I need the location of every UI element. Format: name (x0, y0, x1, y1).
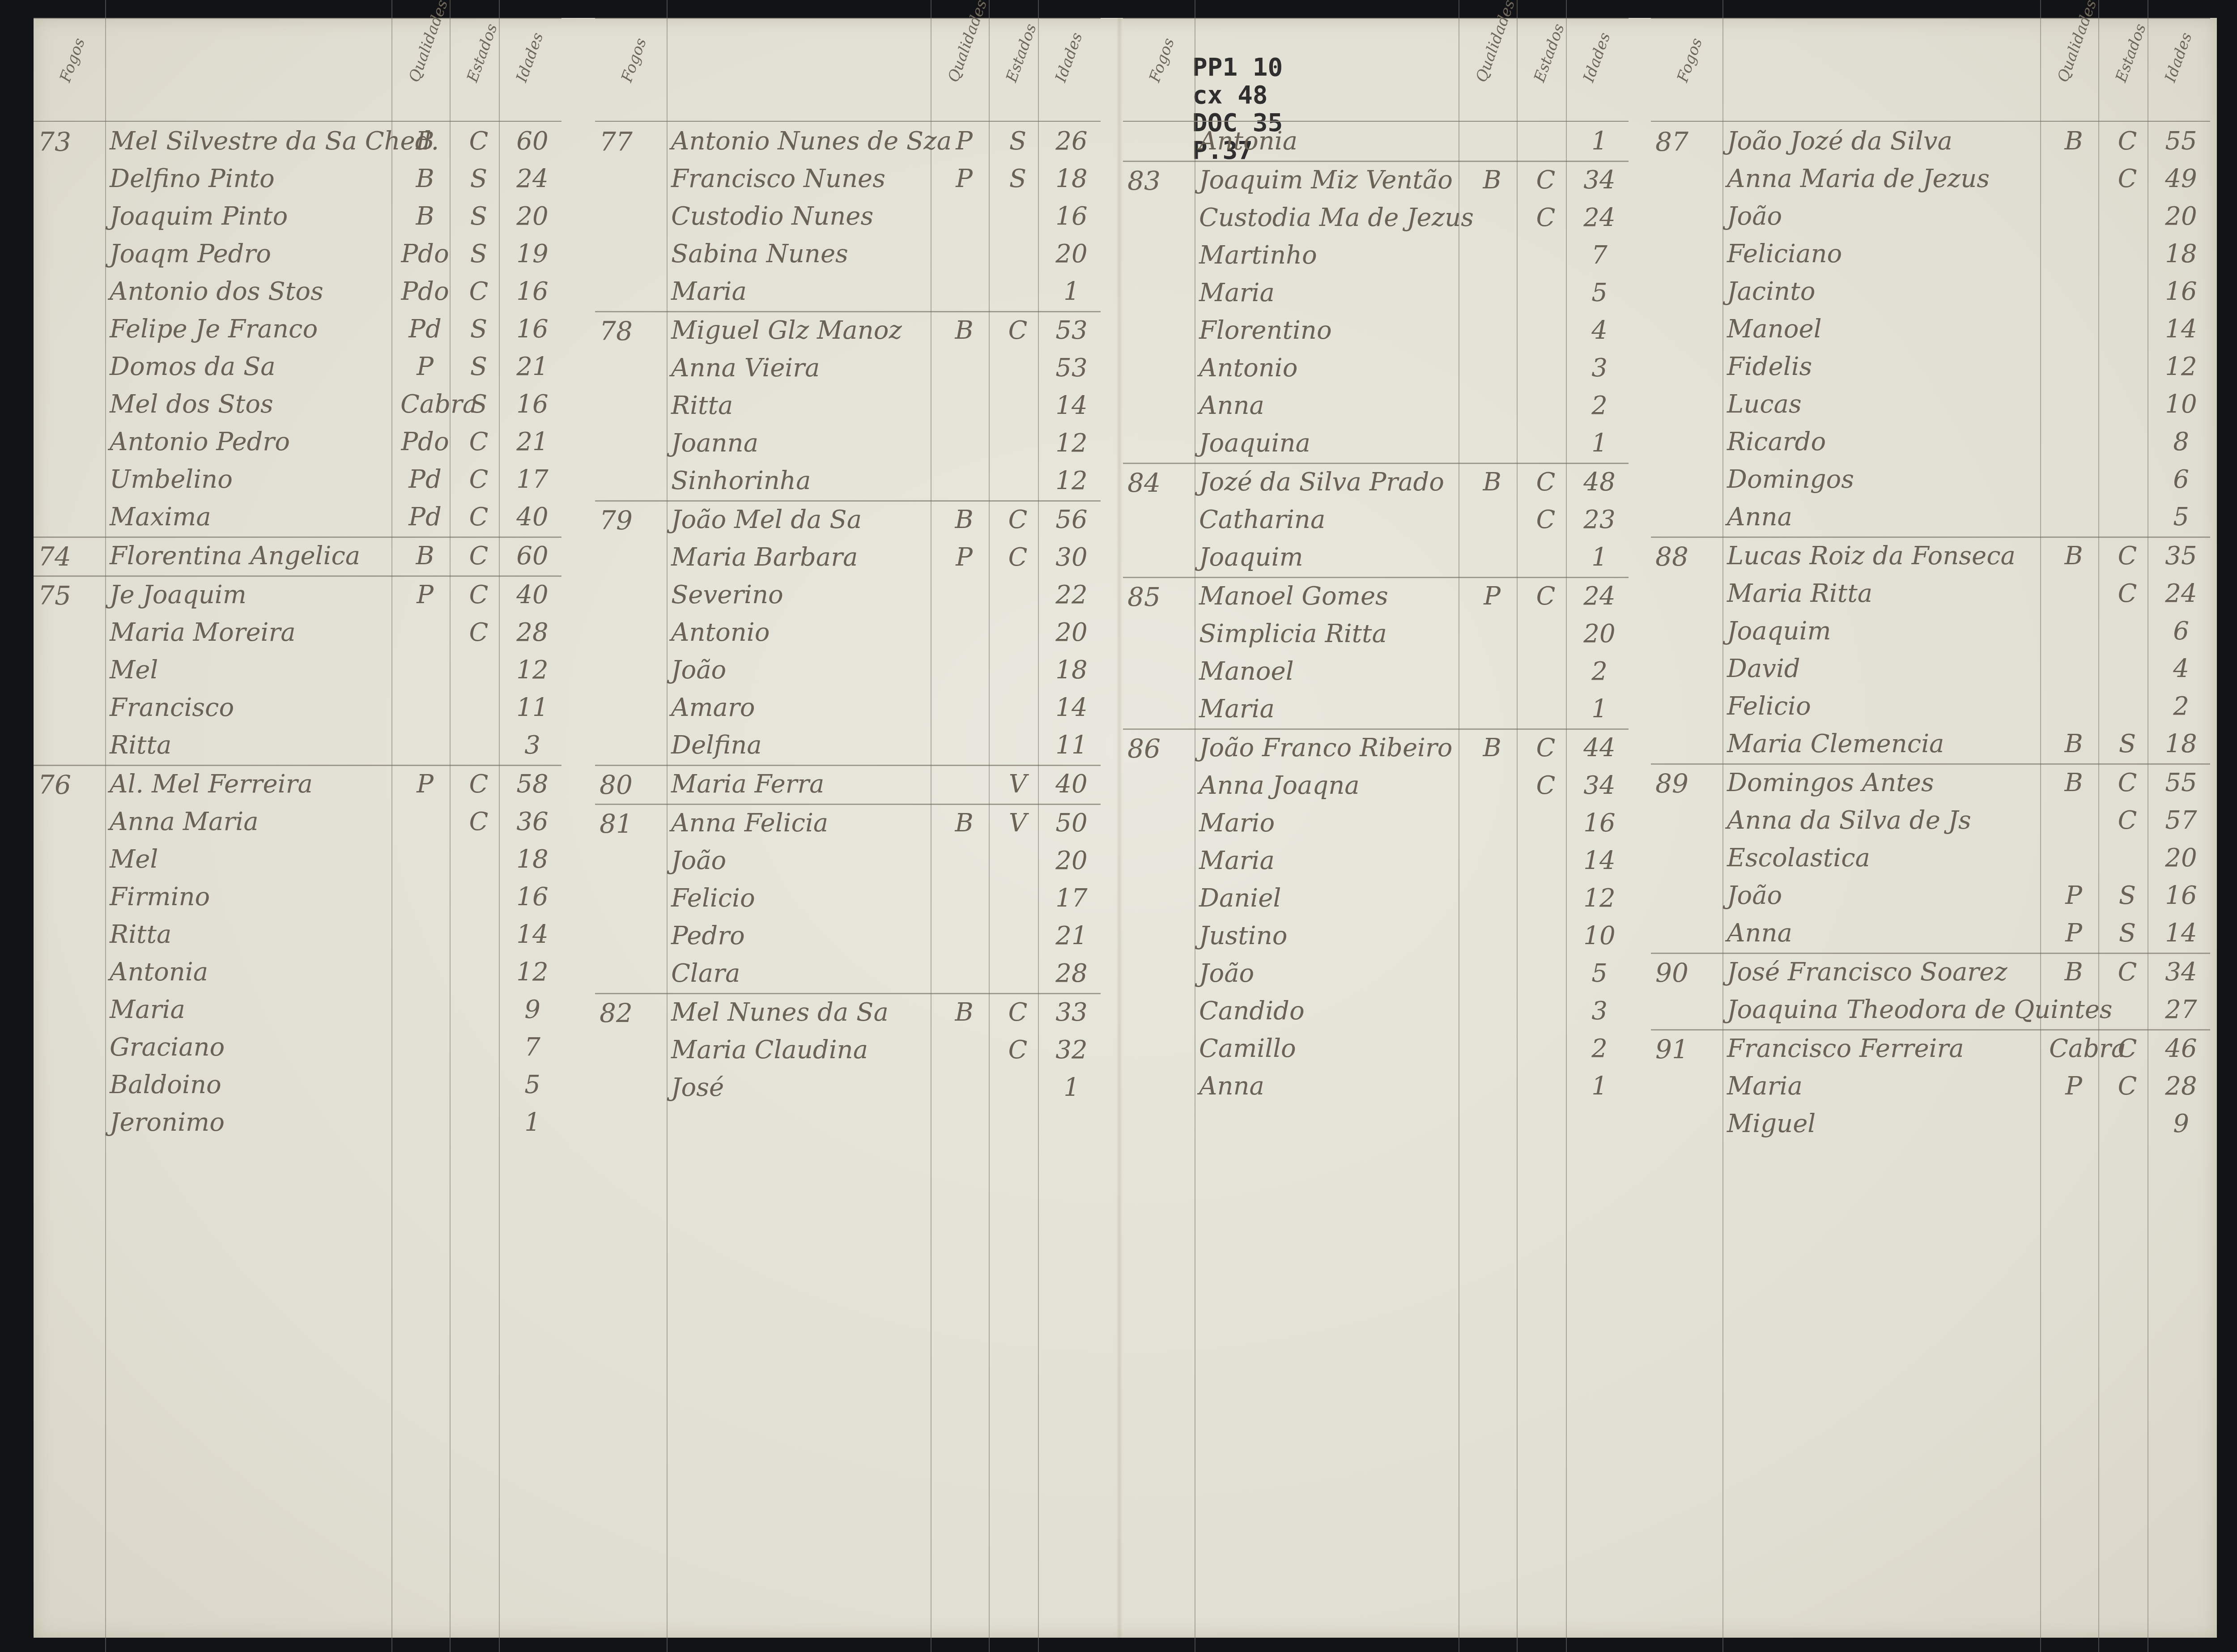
person-name: Felicio (671, 884, 755, 913)
idade-value: 1 (1575, 127, 1624, 156)
person-name: Anna (1199, 391, 1264, 420)
idade-value: 20 (1575, 619, 1624, 648)
estado-value: C (459, 427, 499, 456)
table-row: Graciano7 (34, 1029, 561, 1067)
idade-value: 1 (1575, 694, 1624, 724)
estado-value: V (998, 770, 1038, 799)
estado-value: C (459, 277, 499, 306)
idade-value: 2 (2156, 692, 2206, 721)
qualidade-value: B (940, 998, 989, 1027)
table-row: MariaPC28 (1651, 1068, 2210, 1106)
idade-value: 24 (1575, 582, 1624, 611)
table-row: Anna da Silva de JsC57 (1651, 802, 2210, 840)
idade-value: 21 (508, 427, 557, 456)
table-row: Candido3 (1123, 993, 1629, 1030)
person-name: Justino (1199, 921, 1287, 950)
qualidade-value: P (940, 543, 989, 572)
idade-value: 2 (1575, 391, 1624, 420)
table-row: Joaquina1 (1123, 425, 1629, 463)
person-name: Francisco Nunes (671, 164, 885, 193)
idade-value: 32 (1047, 1035, 1096, 1064)
person-name: Je Joaquim (110, 580, 247, 609)
qualidade-value: P (400, 580, 450, 609)
person-name: Ritta (110, 731, 171, 760)
table-row: 90José Francisco SoarezBC34 (1651, 953, 2210, 992)
estado-value: C (459, 807, 499, 836)
estado-value: C (1526, 505, 1566, 534)
table-row: Joaquina Theodora de Quintes27 (1651, 992, 2210, 1029)
table-row: 89Domingos AntesBC55 (1651, 763, 2210, 802)
idade-value: 16 (508, 315, 557, 344)
person-name: Manoel (1199, 657, 1294, 686)
qualidade-value: B (2049, 127, 2098, 156)
qualidade-value: Pd (400, 502, 450, 532)
idade-value: 24 (1575, 203, 1624, 232)
idade-value: 14 (508, 920, 557, 949)
qualidade-value: P (2049, 1072, 2098, 1101)
idade-value: 46 (2156, 1034, 2206, 1063)
qualidade-value: Pdo (400, 239, 450, 268)
table-row: Maria BarbaraPC30 (595, 539, 1101, 577)
table-row: 76Al. Mel FerreiraPC58 (34, 765, 561, 804)
qualidade-value: B (400, 164, 450, 193)
idade-value: 48 (1575, 468, 1624, 497)
header-fogos: Fogos (1120, 31, 1201, 94)
idade-value: 17 (1047, 884, 1096, 913)
person-name: Baldoino (110, 1070, 221, 1099)
estado-value: C (1526, 771, 1566, 800)
table-row: 88Lucas Roiz da FonsecaBC35 (1651, 536, 2210, 575)
person-name: José (671, 1073, 724, 1102)
fogo-number: 80 (600, 770, 667, 800)
rule-line (34, 18, 561, 19)
fogo-number: 85 (1127, 582, 1195, 612)
person-name: Escolastica (1727, 843, 1870, 873)
estado-value: C (459, 618, 499, 647)
idade-value: 14 (1047, 693, 1096, 722)
person-name: Daniel (1199, 884, 1281, 913)
table-row: Camillo2 (1123, 1030, 1629, 1068)
person-name: João Franco Ribeiro (1199, 733, 1452, 762)
table-row: Anna1 (1123, 1068, 1629, 1106)
idade-value: 16 (508, 277, 557, 306)
person-name: Simplicia Ritta (1199, 619, 1387, 648)
idade-value: 53 (1047, 353, 1096, 383)
table-row: João5 (1123, 955, 1629, 993)
estado-value: C (1526, 203, 1566, 232)
person-name: Antonio (671, 618, 770, 647)
idade-value: 22 (1047, 580, 1096, 609)
table-row: David4 (1651, 651, 2210, 688)
qualidade-value: P (400, 352, 450, 381)
qualidade-value: B (400, 127, 450, 156)
table-row: Joaquim PintoBS20 (34, 198, 561, 236)
table-row: Antonia12 (34, 954, 561, 992)
table-row: Francisco11 (34, 690, 561, 727)
qualidade-value: B (2049, 729, 2098, 758)
estado-value: C (998, 998, 1038, 1027)
table-row: 74Florentina AngelicaBC60 (34, 536, 561, 575)
table-row: Maria ClemenciaBS18 (1651, 726, 2210, 763)
rule-line (34, 121, 561, 122)
rule-line (595, 18, 1101, 19)
person-name: Maxima (110, 502, 211, 532)
idade-value: 49 (2156, 164, 2206, 193)
person-name: João (1727, 202, 1782, 231)
person-name: Francisco (110, 693, 234, 722)
entries: 73Mel Silvestre da Sa Ched.BC60Delfino P… (34, 123, 561, 1142)
person-name: Ritta (110, 920, 171, 949)
idade-value: 16 (508, 390, 557, 419)
table-row: Maria ClaudinaC32 (595, 1032, 1101, 1069)
idade-value: 8 (2156, 427, 2206, 456)
rule-line (1123, 18, 1629, 19)
table-row: Domingos6 (1651, 461, 2210, 499)
table-row: Miguel9 (1651, 1106, 2210, 1143)
fogo-number: 86 (1127, 733, 1195, 764)
qualidade-value: B (2049, 958, 2098, 987)
table-row: Jacinto16 (1651, 273, 2210, 311)
idade-value: 4 (1575, 316, 1624, 345)
idade-value: 1 (1047, 277, 1096, 306)
qualidade-value: Pdo (400, 427, 450, 456)
fogo-number: 91 (1655, 1034, 1722, 1064)
idade-value: 12 (1047, 429, 1096, 458)
person-name: Catharina (1199, 505, 1325, 534)
estado-value: C (459, 541, 499, 571)
table-row: Ricardo8 (1651, 424, 2210, 461)
idade-value: 12 (508, 656, 557, 685)
register-column: FogosQualidadesEstadosIdadesAntonia183Jo… (1123, 0, 1629, 1652)
table-row: Lucas10 (1651, 386, 2210, 424)
idade-value: 16 (1047, 202, 1096, 231)
table-row: Justino10 (1123, 918, 1629, 955)
table-row: Custodia Ma de JezusC24 (1123, 200, 1629, 237)
table-row: Francisco NunesPS18 (595, 161, 1101, 198)
header-fogos: Fogos (1648, 31, 1729, 94)
idade-value: 18 (2156, 239, 2206, 268)
idade-value: 9 (2156, 1109, 2206, 1138)
idade-value: 20 (1047, 846, 1096, 875)
idade-value: 58 (508, 770, 557, 799)
estado-value: C (2107, 164, 2148, 193)
person-name: Joaqm Pedro (110, 239, 271, 268)
table-row: JoãoPS16 (1651, 877, 2210, 915)
idade-value: 4 (2156, 654, 2206, 683)
estado-value: C (2107, 579, 2148, 608)
idade-value: 14 (1047, 391, 1096, 420)
idade-value: 5 (1575, 959, 1624, 988)
person-name: Amaro (671, 693, 755, 722)
table-row: Sinhorinha12 (595, 463, 1101, 500)
estado-value: S (998, 127, 1038, 156)
estado-value: S (2107, 919, 2148, 948)
table-row: Felicio17 (595, 880, 1101, 918)
idade-value: 12 (1047, 466, 1096, 495)
table-row: Ritta14 (34, 916, 561, 954)
person-name: Anna da Silva de Js (1727, 806, 1971, 835)
idade-value: 40 (508, 580, 557, 609)
idade-value: 34 (2156, 958, 2206, 987)
person-name: Mel Nunes da Sa (671, 998, 889, 1027)
table-row: Manoel2 (1123, 653, 1629, 691)
table-row: AnnaPS14 (1651, 915, 2210, 953)
table-row: Maria MoreiraC28 (34, 614, 561, 652)
idade-value: 5 (508, 1070, 557, 1099)
table-row: 85Manoel GomesPC24 (1123, 577, 1629, 616)
person-name: Anna (1199, 1072, 1264, 1101)
person-name: Manoel Gomes (1199, 582, 1388, 611)
person-name: João Jozé da Silva (1727, 127, 1952, 156)
person-name: Anna Felicia (671, 809, 828, 838)
table-row: 91Francisco FerreiraCabraC46 (1651, 1029, 2210, 1068)
table-row: Maria9 (34, 992, 561, 1029)
estado-value: C (998, 505, 1038, 534)
person-name: João (671, 656, 726, 685)
idade-value: 16 (508, 882, 557, 911)
person-name: Umbelino (110, 465, 233, 494)
person-name: Clara (671, 959, 740, 988)
person-name: Custodio Nunes (671, 202, 873, 231)
idade-value: 30 (1047, 543, 1096, 572)
person-name: Lucas (1727, 390, 1802, 419)
table-row: 83Joaquim Miz VentãoBC34 (1123, 161, 1629, 200)
table-row: 79João Mel da SaBC56 (595, 500, 1101, 539)
table-row: Joanna12 (595, 425, 1101, 463)
person-name: Felipe Je Franco (110, 315, 318, 344)
qualidade-value: B (400, 541, 450, 571)
person-name: Maria Barbara (671, 543, 858, 572)
table-row: João20 (1651, 198, 2210, 236)
idade-value: 53 (1047, 316, 1096, 345)
idade-value: 20 (2156, 843, 2206, 873)
table-row: Sabina Nunes20 (595, 236, 1101, 273)
person-name: Delfina (671, 731, 762, 760)
table-row: Anna MariaC36 (34, 804, 561, 841)
person-name: Mel Silvestre da Sa Ched. (110, 127, 439, 156)
qualidade-value: B (940, 505, 989, 534)
idade-value: 33 (1047, 998, 1096, 1027)
person-name: Mel dos Stos (110, 390, 273, 419)
idade-value: 34 (1575, 166, 1624, 195)
qualidade-value: Pd (400, 465, 450, 494)
register-column: FogosQualidadesEstadosIdades77Antonio Nu… (595, 0, 1101, 1652)
idade-value: 1 (1575, 1072, 1624, 1101)
person-name: Fidelis (1727, 352, 1812, 381)
rule-line (1651, 18, 2210, 19)
table-row: Antonio dos StosPdoC16 (34, 273, 561, 311)
idade-value: 20 (508, 202, 557, 231)
person-name: Miguel Glz Manoz (671, 316, 902, 345)
table-row: Clara28 (595, 955, 1101, 993)
person-name: Maria (1199, 278, 1275, 307)
idade-value: 57 (2156, 806, 2206, 835)
estado-value: C (998, 543, 1038, 572)
person-name: Lucas Roiz da Fonseca (1727, 541, 2016, 571)
person-name: Joaquim Miz Ventão (1199, 166, 1453, 195)
person-name: Maria Moreira (110, 618, 296, 647)
rule-line (1123, 121, 1629, 122)
idade-value: 18 (1047, 164, 1096, 193)
estado-value: S (459, 164, 499, 193)
person-name: Antonia (1199, 127, 1297, 156)
person-name: Feliciano (1727, 239, 1842, 268)
estado-value: C (459, 770, 499, 799)
idade-value: 10 (2156, 390, 2206, 419)
fogo-number: 78 (600, 316, 667, 346)
person-name: Antonio dos Stos (110, 277, 323, 306)
idade-value: 20 (2156, 202, 2206, 231)
table-row: Felicio2 (1651, 688, 2210, 726)
rule-line (595, 121, 1101, 122)
table-row: Maria RittaC24 (1651, 575, 2210, 613)
idade-value: 18 (2156, 729, 2206, 758)
person-name: Jeronimo (110, 1108, 225, 1137)
idade-value: 14 (2156, 919, 2206, 948)
qualidade-value: P (1467, 582, 1517, 611)
table-row: MaximaPdC40 (34, 499, 561, 536)
table-row: 78Miguel Glz ManozBC53 (595, 311, 1101, 350)
table-row: Maria1 (1123, 691, 1629, 728)
person-name: Felicio (1727, 692, 1811, 721)
person-name: Joaquim (1199, 543, 1303, 572)
table-row: Domos da SaPS21 (34, 349, 561, 386)
idade-value: 7 (508, 1033, 557, 1062)
person-name: Pedro (671, 921, 745, 950)
estado-value: S (459, 315, 499, 344)
idade-value: 12 (2156, 352, 2206, 381)
person-name: Jacinto (1727, 277, 1815, 306)
qualidade-value: B (1467, 468, 1517, 497)
person-name: Sabina Nunes (671, 239, 848, 268)
idade-value: 24 (2156, 579, 2206, 608)
estado-value: C (459, 502, 499, 532)
person-name: Domingos (1727, 465, 1854, 494)
idade-value: 1 (1047, 1073, 1096, 1102)
fogo-number: 74 (38, 541, 105, 572)
idade-value: 16 (1575, 809, 1624, 838)
table-row: Escolastica20 (1651, 840, 2210, 877)
estado-value: C (2107, 958, 2148, 987)
person-name: Mel (110, 845, 158, 874)
person-name: Severino (671, 580, 783, 609)
estado-value: S (2107, 729, 2148, 758)
idade-value: 3 (1575, 996, 1624, 1026)
fogo-number: 76 (38, 770, 105, 800)
qualidade-value: B (1467, 166, 1517, 195)
estado-value: C (998, 1035, 1038, 1064)
table-row: Florentino4 (1123, 312, 1629, 350)
table-row: Joaqm PedroPdoS19 (34, 236, 561, 273)
idade-value: 11 (508, 693, 557, 722)
qualidade-value: B (940, 809, 989, 838)
idade-value: 17 (508, 465, 557, 494)
qualidade-value: Cabra (2049, 1034, 2098, 1063)
person-name: Jozé da Silva Prado (1199, 468, 1444, 497)
qualidade-value: B (2049, 541, 2098, 571)
person-name: Maria Ferra (671, 770, 824, 799)
estado-value: C (2107, 1072, 2148, 1101)
table-row: João20 (595, 843, 1101, 880)
idade-value: 28 (508, 618, 557, 647)
header-fogos: Fogos (592, 31, 673, 94)
qualidade-value: P (2049, 919, 2098, 948)
idade-value: 3 (1575, 353, 1624, 383)
person-name: João (1727, 881, 1782, 910)
idade-value: 16 (2156, 277, 2206, 306)
idade-value: 50 (1047, 809, 1096, 838)
estado-value: C (459, 580, 499, 609)
qualidade-value: P (2049, 881, 2098, 910)
table-row: 82Mel Nunes da SaBC33 (595, 993, 1101, 1032)
table-row: 75Je JoaquimPC40 (34, 575, 561, 614)
idade-value: 40 (508, 502, 557, 532)
table-row: Antonia1 (1123, 123, 1629, 161)
table-row: José1 (595, 1069, 1101, 1107)
fogo-number: 90 (1655, 958, 1722, 988)
qualidade-value: P (400, 770, 450, 799)
estado-value: C (2107, 127, 2148, 156)
person-name: Mario (1199, 809, 1275, 838)
rule-line (1651, 121, 2210, 122)
table-row: Antonio20 (595, 614, 1101, 652)
person-name: Anna Joaqna (1199, 771, 1360, 800)
table-row: João18 (595, 652, 1101, 690)
person-name: Domos da Sa (110, 352, 276, 381)
entries: 87João Jozé da SilvaBC55Anna Maria de Je… (1651, 123, 2210, 1143)
qualidade-value: B (2049, 768, 2098, 797)
table-row: 86João Franco RibeiroBC44 (1123, 728, 1629, 767)
idade-value: 14 (2156, 315, 2206, 344)
idade-value: 3 (508, 731, 557, 760)
fogo-number: 88 (1655, 541, 1722, 572)
person-name: Francisco Ferreira (1727, 1034, 1964, 1063)
person-name: Ricardo (1727, 427, 1826, 456)
estado-value: S (459, 352, 499, 381)
person-name: Domingos Antes (1727, 768, 1934, 797)
table-row: 81Anna FeliciaBV50 (595, 804, 1101, 843)
idade-value: 28 (1047, 959, 1096, 988)
person-name: Camillo (1199, 1034, 1296, 1063)
person-name: Antonio (1199, 353, 1297, 383)
person-name: Graciano (110, 1033, 225, 1062)
qualidade-value: Pd (400, 315, 450, 344)
table-row: 80Maria FerraV40 (595, 765, 1101, 804)
table-row: Maria5 (1123, 275, 1629, 312)
estado-value: C (1526, 582, 1566, 611)
person-name: Al. Mel Ferreira (110, 770, 313, 799)
table-row: Mel dos StosCabraS16 (34, 386, 561, 424)
person-name: João (1199, 959, 1254, 988)
person-name: Maria Ritta (1727, 579, 1872, 608)
page-fold (1116, 18, 1123, 1638)
table-row: Mel18 (34, 841, 561, 879)
table-row: Maria1 (595, 273, 1101, 311)
idade-value: 6 (2156, 465, 2206, 494)
table-row: Firmino16 (34, 879, 561, 916)
person-name: Florentino (1199, 316, 1332, 345)
estado-value: S (459, 390, 499, 419)
idade-value: 2 (1575, 657, 1624, 686)
estado-value: V (998, 809, 1038, 838)
idade-value: 6 (2156, 617, 2206, 646)
idade-value: 19 (508, 239, 557, 268)
table-row: Delfina11 (595, 727, 1101, 765)
idade-value: 2 (1575, 1034, 1624, 1063)
table-row: Maria14 (1123, 843, 1629, 880)
person-name: Florentina Angelica (110, 541, 360, 571)
header-fogos: Fogos (31, 31, 112, 94)
